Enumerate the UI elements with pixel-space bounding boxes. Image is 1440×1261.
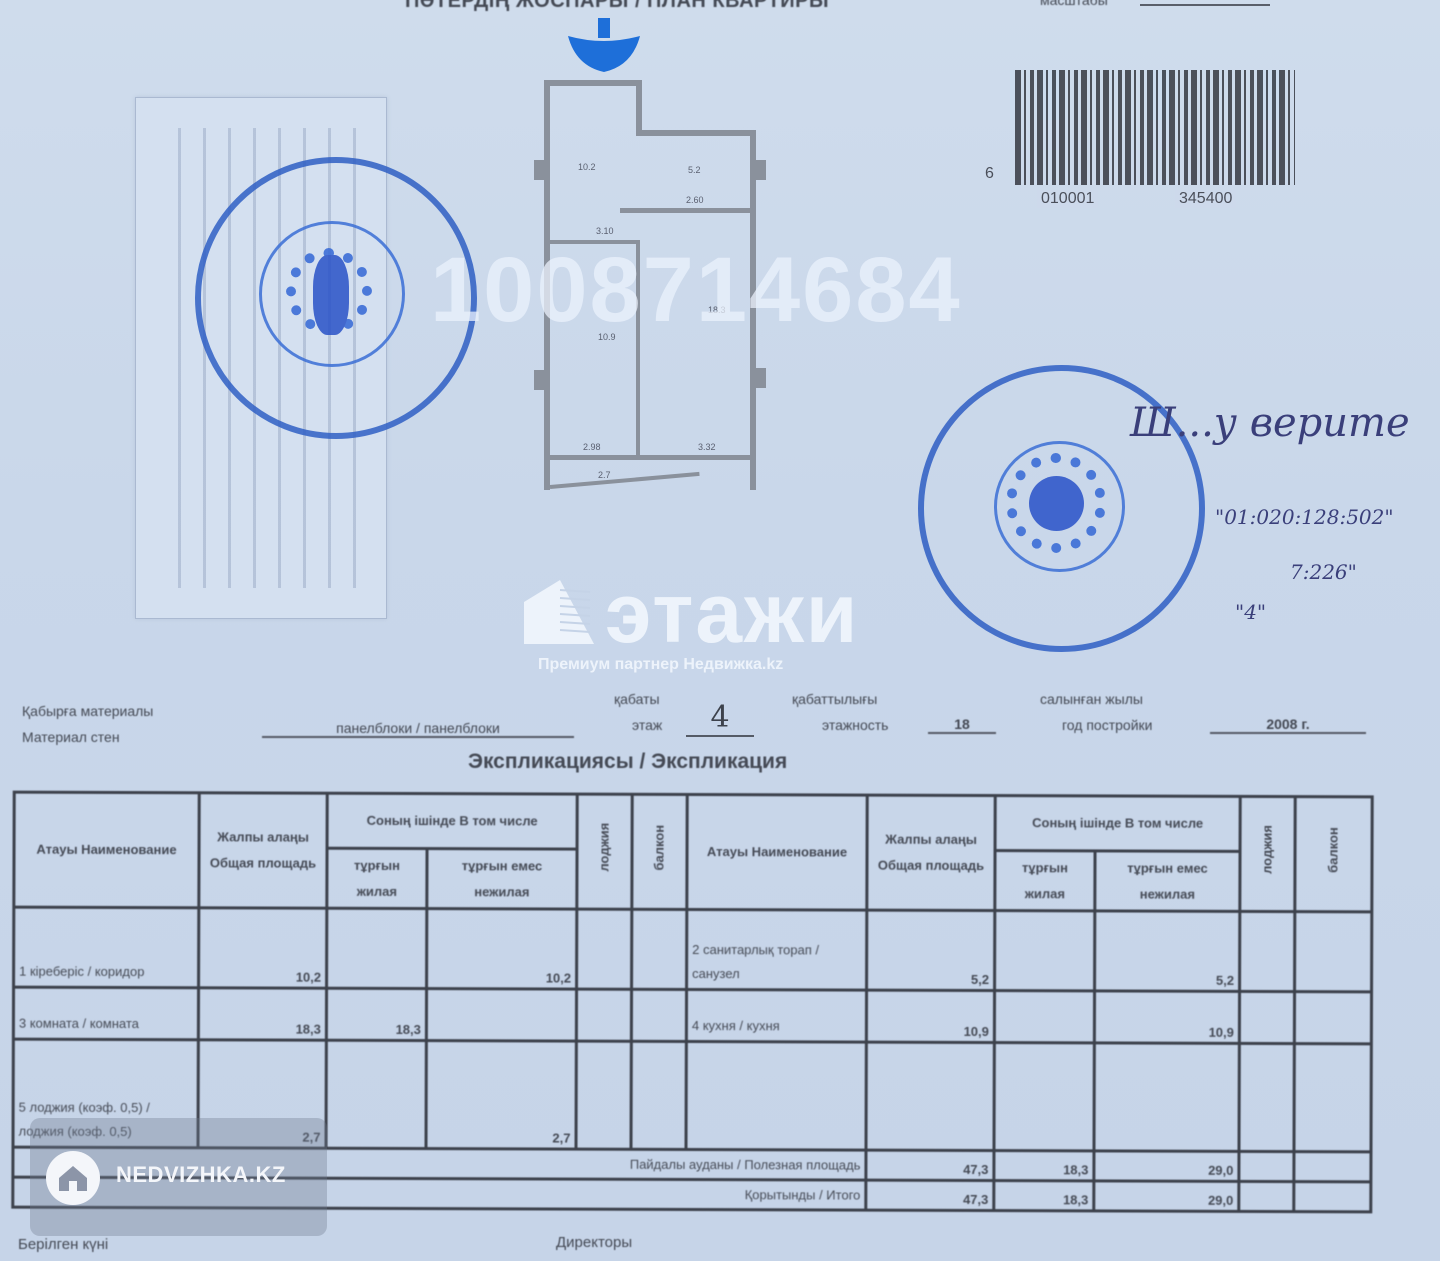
floor-value: 4	[686, 700, 754, 737]
header-incl-left: Соның ішінде В том числе	[327, 793, 577, 849]
scale-underline	[1140, 4, 1270, 6]
etazhi-subtitle: Премиум партнер Недвижка.kz	[538, 656, 783, 674]
room-1-area: 10.2	[578, 162, 596, 172]
year-label-kz: салынған жылы	[1040, 690, 1143, 708]
header-total-right: Жалпы алаңы Общая площадь	[867, 795, 995, 910]
material-label-kz: Қабырға материалы	[22, 702, 153, 720]
scale-label: масштабы	[1040, 0, 1108, 8]
header-living-left: тұрғын жилая	[327, 848, 427, 908]
floor-label-ru: этаж	[632, 716, 662, 734]
table-row: 3 комната / комната 18,3 18,3 4 кухня / …	[13, 987, 1371, 1044]
header-balcony-left: балкон	[646, 825, 672, 871]
dim-2: 2.60	[686, 195, 704, 205]
floors-value: 18	[928, 716, 996, 734]
home-icon	[46, 1151, 100, 1205]
header-total-left: Жалпы алаңы Общая площадь	[199, 793, 327, 908]
material-label-ru: Материал стен	[22, 728, 120, 746]
room-5-area: 2.7	[598, 470, 611, 480]
dim-3: 2.98	[583, 442, 601, 452]
room-2-area: 5.2	[688, 165, 701, 175]
document-title: ПӘТЕРДІҢ ЖОСПАРЫ / ПЛАН КВАРТИРЫ	[405, 0, 829, 13]
etazhi-brand-watermark: этажи	[605, 565, 859, 662]
header-nonliving-right: тұрғын емес нежилая	[1095, 851, 1240, 912]
floor-label-kz: қабаты	[614, 690, 660, 708]
dim-4: 3.32	[698, 442, 716, 452]
header-name-left: Атауы Наименование	[14, 792, 199, 908]
floors-label-kz: қабаттылығы	[792, 690, 877, 708]
header-incl-right: Соның ішінде В том числе	[995, 796, 1240, 852]
director-label: Директоры	[556, 1234, 632, 1251]
header-nonliving-left: тұрғын емес нежилая	[427, 849, 577, 910]
dim-1: 3.10	[596, 226, 614, 236]
issued-date-label: Берілген күні	[18, 1236, 108, 1253]
year-value: 2008 г.	[1210, 716, 1366, 734]
listing-id-watermark: 1008714684	[430, 238, 962, 343]
header-balcony-right: балкон	[1320, 827, 1346, 873]
etazhi-building-icon	[520, 580, 596, 649]
header-name-right: Атауы Наименование	[687, 794, 867, 910]
handwritten-cadastral: "01:020:128:502"	[1215, 505, 1394, 529]
nedvizhka-watermark: NEDVIZHKA.KZ	[30, 1118, 327, 1236]
handwritten-note: Ш...у верите	[1130, 400, 1410, 446]
material-value: панелблоки / панелблоки	[262, 720, 574, 738]
header-loggia-right: лоджия	[1254, 825, 1280, 874]
handwritten-code: 7:226"	[1290, 560, 1357, 584]
nedvizhka-text: NEDVIZHKA.KZ	[116, 1162, 286, 1188]
header-living-right: тұрғын жилая	[995, 851, 1095, 911]
explication-title: Экспликациясы / Экспликация	[468, 750, 787, 774]
table-row: 1 кіреберіс / коридор 10,2 10,2 2 санита…	[14, 907, 1372, 992]
year-label-ru: год постройки	[1062, 716, 1152, 734]
handwritten-floor: "4"	[1235, 600, 1266, 624]
barcode: 6 010001 345400	[995, 70, 1300, 210]
floors-label-ru: этажность	[822, 716, 888, 734]
header-loggia-left: лоджия	[591, 823, 617, 872]
